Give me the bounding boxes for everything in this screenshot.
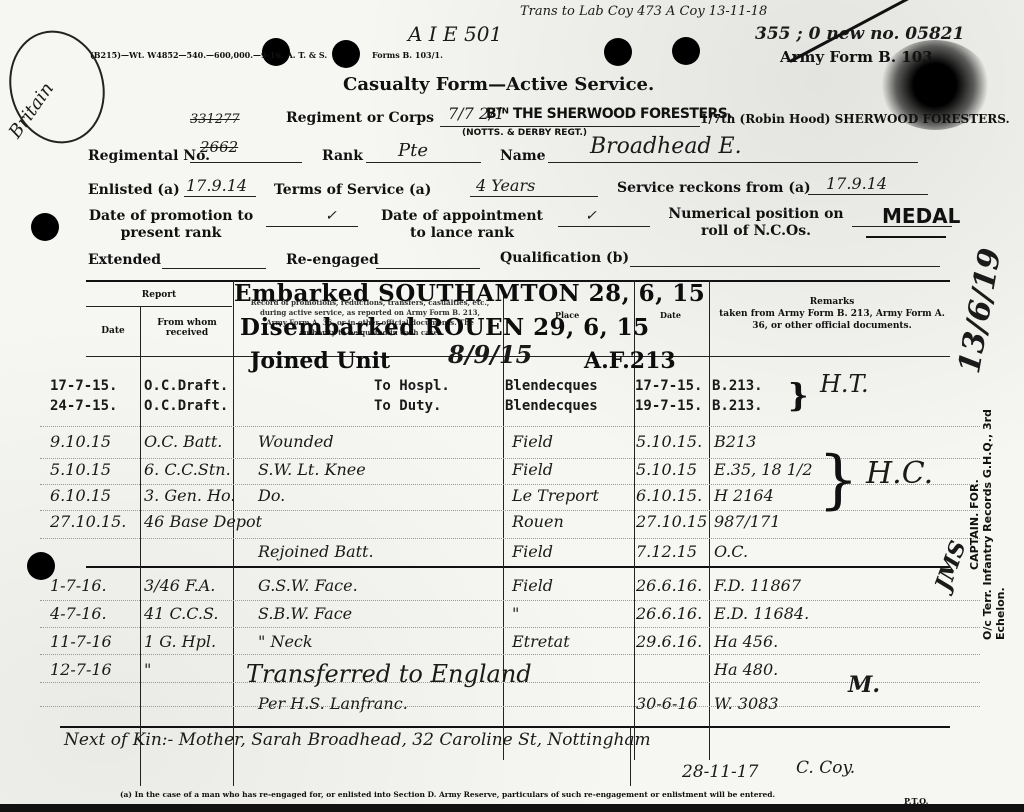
row-record: G.S.W. Face. [258, 576, 358, 595]
row-remarks: Ha 480. [714, 660, 778, 679]
army-form-label: Army Form B. 103 [780, 48, 933, 66]
date2-header: Date [660, 310, 681, 320]
regiment-stamp-sub: (NOTTS. & DERBY REGT.) [462, 128, 587, 138]
punch-hole [604, 38, 632, 66]
row-date2: 7.12.15 [636, 542, 697, 561]
row-date: 27.10.15. [50, 512, 126, 531]
row-from: O.C.Draft. [144, 398, 228, 414]
ncos-label: Numerical position on roll of N.C.Os. [668, 206, 844, 240]
row-record: Per H.S. Lanfranc. [258, 694, 408, 713]
regiment-label: Regiment or Corps [286, 110, 434, 126]
embarked-stamp: Embarked SOUTHAMTON 28, 6, 15 [234, 280, 705, 307]
ruled-line [40, 426, 980, 427]
row-record: Do. [258, 486, 285, 505]
enlisted-underline [184, 196, 256, 197]
name-label: Name [500, 148, 546, 164]
side-signature: 13/6/19 [952, 246, 1008, 376]
terms-label: Terms of Service (a) [274, 182, 431, 198]
row-date: 17-7-15. [50, 378, 117, 394]
row-place: Etretat [512, 632, 570, 651]
promotion-label-1: Date of promotion to [86, 208, 256, 225]
regiment-printed: 1/7th (Robin Hood) SHERWOOD FORESTERS. [700, 112, 1010, 126]
row-remarks: W. 3083 [714, 694, 779, 713]
date-header: Date [86, 326, 140, 336]
rank-label: Rank [322, 148, 363, 164]
from-whom-header: From whom received [142, 318, 232, 338]
number-handwritten: 355 ; 0 new no. 05821 [755, 24, 964, 44]
row-record: Transferred to England [246, 660, 532, 688]
reckons-underline [808, 194, 928, 195]
ruled-line [40, 654, 980, 655]
ruled-line [40, 706, 980, 707]
row-record: Wounded [258, 432, 334, 451]
ruled-line [40, 627, 980, 628]
casualty-form-document: Britain (B215)—Wt. W4852—540.—600,000.—9… [0, 0, 1024, 812]
row-place: Field [512, 460, 553, 479]
terms-underline [470, 196, 598, 197]
table-bottom-rule [60, 726, 950, 728]
remarks-header: Remarks taken from Army Form B. 213, Arm… [716, 296, 948, 332]
captain-stamp-line-1: CAPTAIN. FOR. [968, 380, 981, 640]
promotion-label: Date of promotion to present rank [86, 208, 256, 242]
col-divider-from [233, 280, 234, 786]
appointment-underline [558, 226, 650, 227]
row-place: Field [512, 576, 553, 595]
extended-underline [162, 268, 266, 269]
extended-label: Extended [88, 252, 161, 268]
reengaged-label: Re-engaged [286, 252, 379, 268]
regiment-stamp: Bᵀᴺ THE SHERWOOD FORESTERS. [486, 106, 732, 122]
brace-icon: } [788, 376, 809, 414]
row-place: " [512, 604, 519, 623]
row-remarks: O.C. [714, 542, 748, 561]
ncos-label-2: roll of N.C.Os. [668, 223, 844, 240]
print-code: (B215)—Wt. W4852—540.—600,000.—9-16. A. … [90, 50, 327, 60]
remarks-header-title: Remarks [716, 296, 948, 308]
af-213-stamp: A.F.213 [584, 348, 676, 374]
reference-handwritten: A I E 501 [408, 22, 502, 46]
row-from: 6. C.C.Stn. [144, 460, 231, 479]
row-date2: 5.10.15. [636, 432, 702, 451]
initials-2: H.C. [866, 456, 933, 491]
row-from: 46 Base Depot [144, 512, 262, 531]
name-underline [548, 162, 918, 163]
row-from: O.C.Draft. [144, 378, 228, 394]
regimental-no-underline [190, 162, 302, 163]
qualification-label: Qualification (b) [500, 250, 629, 266]
row-date: 24-7-15. [50, 398, 117, 414]
appointment-value: ✓ [585, 208, 597, 224]
initials-1: H.T. [820, 370, 869, 398]
footnote: (a) In the case of a man who has re-enga… [120, 790, 775, 799]
transfer-note-handwritten: Trans to Lab Coy 473 A Coy 13-11-18 [520, 4, 767, 19]
rank-value: Pte [398, 140, 428, 161]
name-value: Broadhead E. [590, 134, 742, 159]
ncos-medal-stamp: MEDAL [882, 204, 960, 228]
footer-coy: C. Coy. [796, 758, 855, 778]
disembarked-stamp: Disembarked ROUEN 29, 6, 15 [240, 314, 650, 341]
row-from: " [144, 660, 151, 679]
row-record: To Duty. [374, 398, 441, 414]
enlisted-label: Enlisted (a) [88, 182, 180, 198]
row-place: Field [512, 432, 553, 451]
row-date: 4-7-16. [50, 604, 107, 623]
row-place: Blendecques [505, 398, 598, 414]
promotion-underline [266, 226, 358, 227]
row-from: 3/46 F.A. [144, 576, 215, 595]
row-record: " Neck [258, 632, 313, 651]
row-remarks: F.D. 11867 [714, 576, 801, 595]
reckons-label: Service reckons from (a) [617, 180, 811, 196]
row-date2: 5.10.15 [636, 460, 697, 479]
row-date2: 29.6.16. [636, 632, 702, 651]
reckons-value: 17.9.14 [826, 174, 887, 193]
captain-stamp-line-2: O/c Terr. Infantry Records G.H.Q., 3rd E… [981, 380, 1007, 640]
col-divider-date2 [709, 280, 710, 760]
row-from: 41 C.C.S. [144, 604, 218, 623]
regimental-no-value: 2662 [200, 138, 238, 156]
row-date2: 17-7-15. [635, 378, 702, 394]
row-record: To Hospl. [374, 378, 450, 394]
promotion-value: ✓ [325, 208, 337, 224]
terms-value: 4 Years [476, 176, 535, 195]
row-date: 11-7-16 [50, 632, 112, 651]
row-date2: 6.10.15. [636, 486, 702, 505]
row-date: 5.10.15 [50, 460, 111, 479]
row-remarks: B.213. [712, 398, 763, 414]
side-initials: JMS [930, 537, 972, 593]
appointment-label-1: Date of appointment [374, 208, 550, 225]
appointment-label-2: to lance rank [374, 225, 550, 242]
bottom-dark-edge [0, 804, 1024, 812]
joined-unit-date: 8/9/15 [448, 340, 532, 369]
ruled-line [40, 538, 980, 539]
row-date: 6.10.15 [50, 486, 111, 505]
row-remarks: H 2164 [714, 486, 774, 505]
row-record: S.B.W. Face [258, 604, 352, 623]
appointment-label: Date of appointment to lance rank [374, 208, 550, 242]
footer-date: 28-11-17 [682, 762, 758, 782]
row-date2: 26.6.16. [636, 604, 702, 623]
remarks-header-sub: taken from Army Form B. 213, Army Form A… [716, 308, 948, 332]
qualification-underline [630, 266, 940, 267]
old-number-handwritten: 331277 [190, 112, 240, 127]
report-header: Report [86, 290, 232, 300]
footer-divider [630, 726, 631, 786]
row-remarks: 987/171 [714, 512, 780, 531]
ncos-underline-2 [866, 236, 946, 238]
row-place: Field [512, 542, 553, 561]
row-place: Blendecques [505, 378, 598, 394]
table-report-rule [86, 306, 232, 307]
row-remarks: E.D. 11684. [714, 604, 809, 623]
ncos-label-1: Numerical position on [668, 206, 844, 223]
row-date2: 19-7-15. [635, 398, 702, 414]
ncos-underline [852, 226, 952, 227]
joined-unit-stamp: Joined Unit [250, 348, 390, 374]
row-place: Le Treport [512, 486, 599, 505]
brace-icon: } [818, 448, 859, 512]
form-title: Casualty Form—Active Service. [343, 74, 654, 95]
enlisted-value: 17.9.14 [186, 176, 247, 195]
row-from: 3. Gen. Ho. [144, 486, 235, 505]
reengaged-underline [376, 268, 480, 269]
row-date2: 27.10.15 [636, 512, 707, 531]
punch-hole [672, 37, 700, 65]
row-date2: 26.6.16. [636, 576, 702, 595]
row-date: 12-7-16 [50, 660, 112, 679]
initials-3: M. [848, 672, 880, 698]
row-date2: 30-6-16 [636, 694, 698, 713]
row-from: O.C. Batt. [144, 432, 222, 451]
row-remarks: Ha 456. [714, 632, 778, 651]
col-divider-date [140, 306, 141, 786]
row-record: Rejoined Batt. [258, 542, 374, 561]
forms-code: Forms B. 103/1. [372, 50, 443, 60]
promotion-label-2: present rank [86, 225, 256, 242]
row-date: 1-7-16. [50, 576, 107, 595]
regiment-underline [440, 126, 700, 127]
ruled-line [40, 600, 980, 601]
row-from: 1 G. Hpl. [144, 632, 216, 651]
rank-underline [366, 162, 481, 163]
punch-hole [31, 213, 59, 241]
captain-stamp: CAPTAIN. FOR. O/c Terr. Infantry Records… [968, 380, 1007, 640]
row-place: Rouen [512, 512, 564, 531]
punch-hole [332, 40, 360, 68]
next-of-kin: Next of Kin:- Mother, Sarah Broadhead, 3… [64, 730, 651, 750]
row-date: 9.10.15 [50, 432, 111, 451]
row-remarks: E.35, 18 1/2 [714, 460, 813, 479]
row-remarks: B.213. [712, 378, 763, 394]
table-mid-rule [86, 566, 950, 568]
row-record: S.W. Lt. Knee [258, 460, 366, 479]
row-remarks: B213 [714, 432, 756, 451]
